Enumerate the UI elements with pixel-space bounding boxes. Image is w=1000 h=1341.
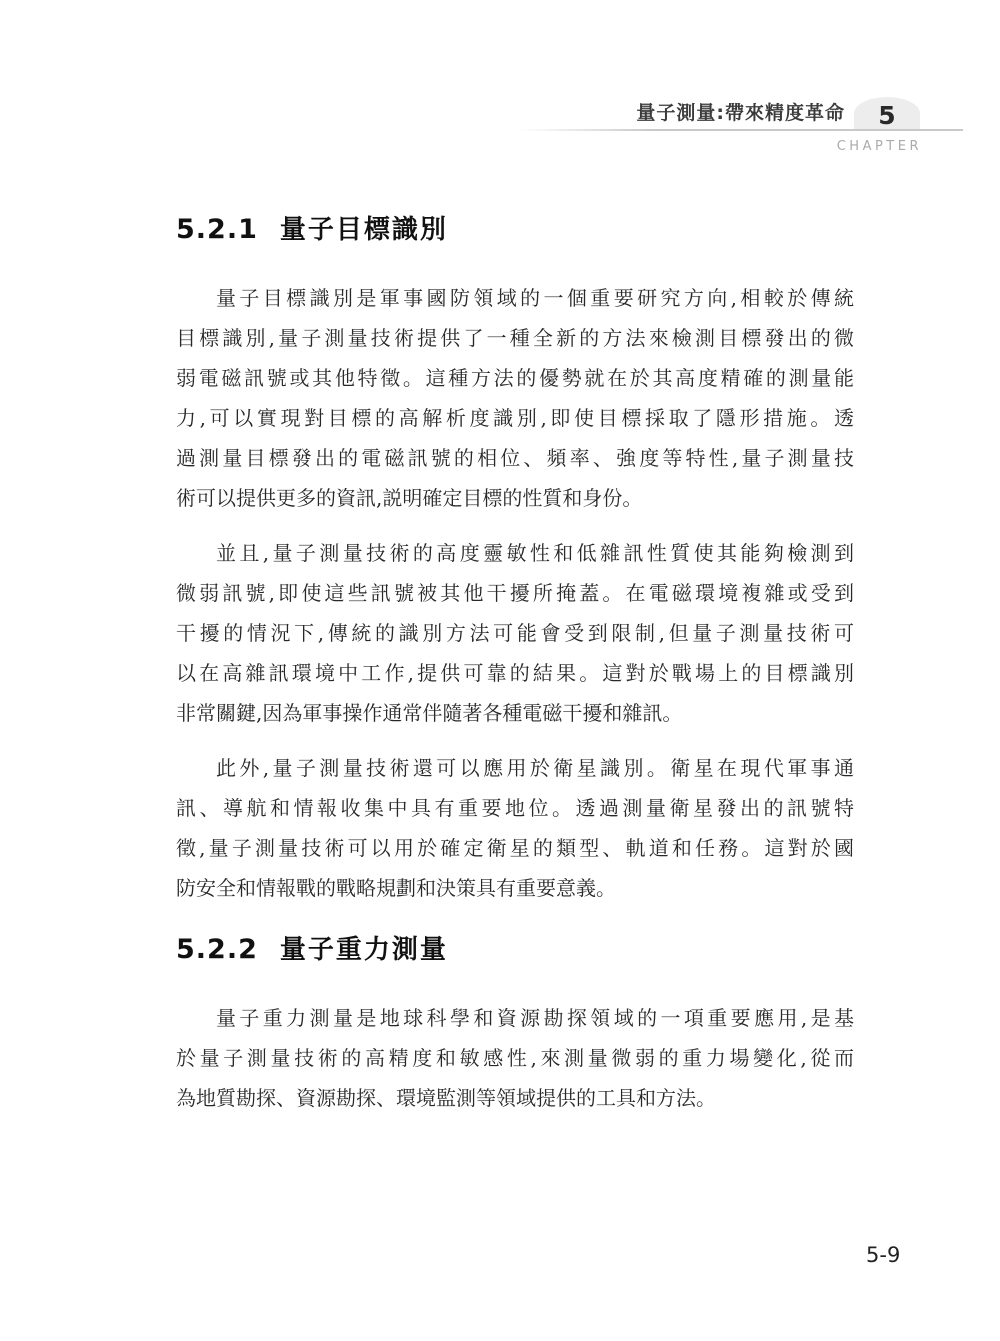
chapter-number: 5 [878, 101, 895, 130]
text-line: 以在高雜訊環境中工作,提供可靠的結果。這對於戰場上的目標識別 [176, 653, 854, 693]
text-line: 微弱訊號,即使這些訊號被其他干擾所掩蓋。在電磁環境複雜或受到 [176, 573, 854, 613]
text-line: 防安全和情報戰的戰略規劃和決策具有重要意義。 [176, 868, 854, 908]
paragraph: 並且,量子測量技術的高度靈敏性和低雜訊性質使其能夠檢測到微弱訊號,即使這些訊號被… [176, 533, 854, 733]
text-line: 術可以提供更多的資訊,説明確定目標的性質和身份。 [176, 478, 854, 518]
book-page: 量子測量:帶來精度革命 5 CHAPTER 5.2.1 量子目標識別 量子目標識… [0, 0, 1000, 1341]
text-line: 量子重力測量是地球科學和資源勘探領域的一項重要應用,是基 [176, 998, 854, 1038]
section-title: 量子重力測量 [280, 932, 448, 968]
text-line: 徵,量子測量技術可以用於確定衛星的類型、軌道和任務。這對於國 [176, 828, 854, 868]
chapter-badge: 5 [854, 97, 920, 130]
section-number: 5.2.1 [176, 212, 258, 248]
text-line: 為地質勘探、資源勘探、環境監測等領域提供的工具和方法。 [176, 1078, 854, 1118]
text-line: 弱電磁訊號或其他特徵。這種方法的優勢就在於其高度精確的測量能 [176, 358, 854, 398]
text-line: 量子目標識別是軍事國防領域的一個重要研究方向,相較於傳統 [176, 278, 854, 318]
text-line: 過測量目標發出的電磁訊號的相位、頻率、強度等特性,量子測量技 [176, 438, 854, 478]
text-line: 此外,量子測量技術還可以應用於衛星識別。衛星在現代軍事通 [176, 748, 854, 788]
text-line: 非常關鍵,因為軍事操作通常伴隨著各種電磁干擾和雜訊。 [176, 693, 854, 733]
paragraph: 量子目標識別是軍事國防領域的一個重要研究方向,相較於傳統目標識別,量子測量技術提… [176, 278, 854, 518]
page-number: 5-9 [866, 1243, 900, 1267]
section-title: 量子目標識別 [280, 212, 448, 248]
section-number: 5.2.2 [176, 932, 258, 968]
paragraph: 量子重力測量是地球科學和資源勘探領域的一項重要應用,是基於量子測量技術的高精度和… [176, 998, 854, 1118]
section-heading-5-2-2: 5.2.2 量子重力測量 [176, 932, 854, 968]
page-content: 5.2.1 量子目標識別 量子目標識別是軍事國防領域的一個重要研究方向,相較於傳… [176, 0, 854, 1133]
text-line: 干擾的情況下,傳統的識別方法可能會受到限制,但量子測量技術可 [176, 613, 854, 653]
text-line: 訊、導航和情報收集中具有重要地位。透過測量衛星發出的訊號特 [176, 788, 854, 828]
text-line: 力,可以實現對目標的高解析度識別,即使目標採取了隱形措施。透 [176, 398, 854, 438]
paragraph: 此外,量子測量技術還可以應用於衛星識別。衛星在現代軍事通訊、導航和情報收集中具有… [176, 748, 854, 908]
section-heading-5-2-1: 5.2.1 量子目標識別 [176, 212, 854, 248]
text-line: 目標識別,量子測量技術提供了一種全新的方法來檢測目標發出的微 [176, 318, 854, 358]
text-line: 於量子測量技術的高精度和敏感性,來測量微弱的重力場變化,從而 [176, 1038, 854, 1078]
text-line: 並且,量子測量技術的高度靈敏性和低雜訊性質使其能夠檢測到 [176, 533, 854, 573]
